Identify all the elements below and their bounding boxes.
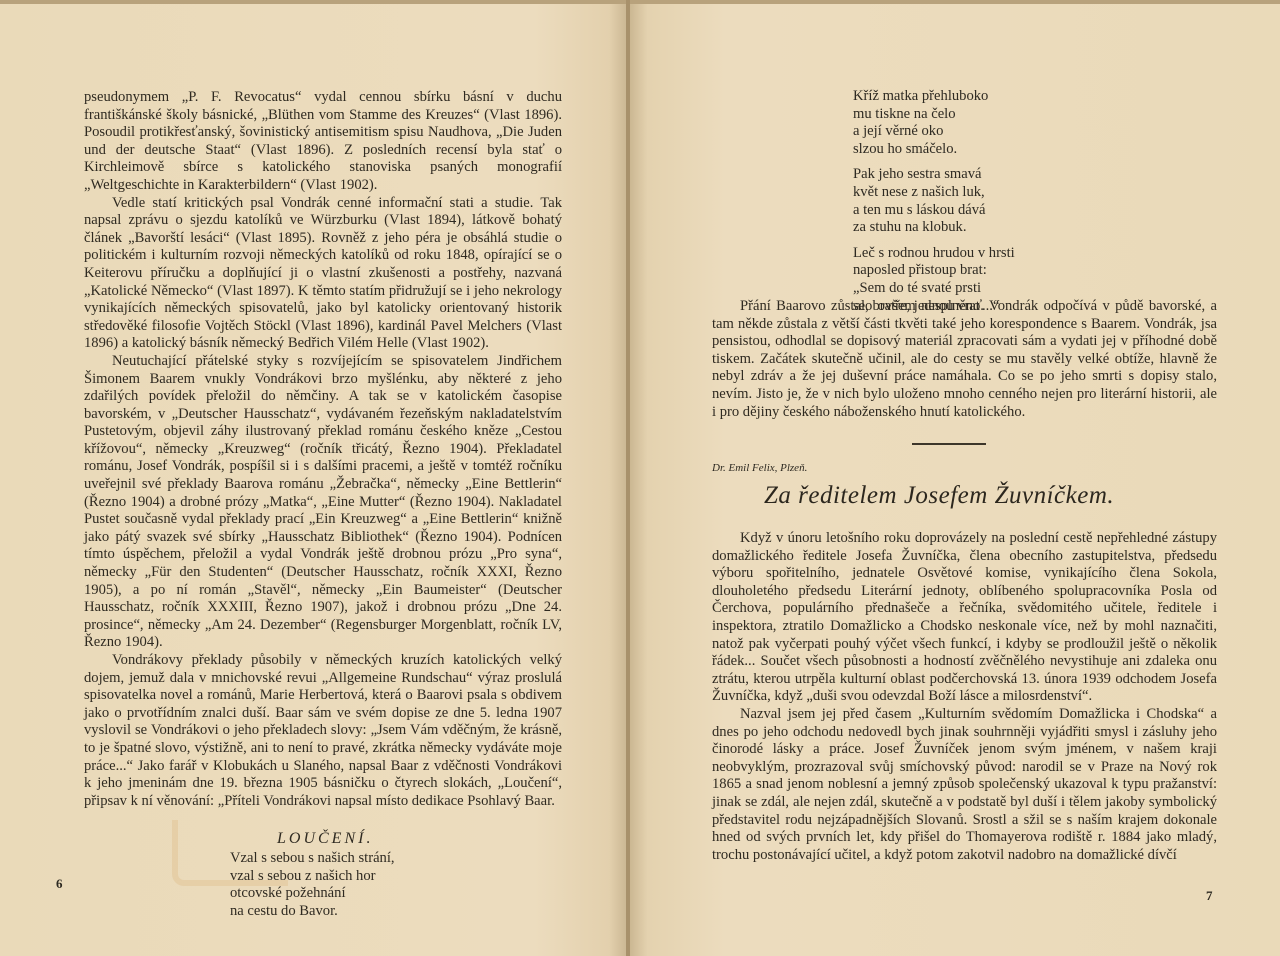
page-top-edge — [628, 0, 1280, 4]
poem-line: mu tiskne na čelo — [853, 106, 1093, 124]
paragraph: Neutuchající přátelské styky s rozvíjejí… — [84, 353, 562, 652]
article-body: Když v únoru letošního roku doprovázely … — [712, 530, 1217, 864]
paragraph: Nazval jsem jej před časem „Kulturním sv… — [712, 706, 1217, 864]
poem-line: a její věrné oko — [853, 123, 1093, 141]
poem-continued: Kříž matka přehluboko mu tiskne na čelo … — [853, 88, 1093, 323]
article-headline: Za ředitelem Josefem Žuvníčkem. — [764, 482, 1114, 510]
poem-line: Kříž matka přehluboko — [853, 88, 1093, 106]
poem-title: LOUČENÍ. — [277, 830, 562, 848]
poem-line: na cestu do Bavor. — [230, 903, 562, 921]
section-divider — [912, 443, 986, 445]
poem-line: naposled přistoup brat: — [853, 262, 1093, 280]
poem-line: Pak jeho sestra smavá — [853, 166, 1093, 184]
paragraph: Vedle statí kritických psal Vondrák cenn… — [84, 195, 562, 353]
page-number: 7 — [1206, 888, 1213, 904]
poem-line: květ nese z našich luk, — [853, 184, 1093, 202]
poem-line: Leč s rodnou hrudou v hrsti — [853, 245, 1093, 263]
poem-line: vzal s sebou z našich hor — [230, 868, 562, 886]
paragraph: Když v únoru letošního roku doprovázely … — [712, 530, 1217, 706]
poem-line: „Sem do té svaté prsti — [853, 280, 1093, 298]
book-gutter — [626, 0, 630, 956]
article-byline: Dr. Emil Felix, Plzeň. — [712, 462, 807, 474]
poem-line: slzou ho smáčelo. — [853, 141, 1093, 159]
poem-line: Vzal s sebou s našich strání, — [230, 850, 562, 868]
paragraph: Přání Baarovo zůstalo ovšem nesplněno. V… — [712, 298, 1217, 421]
left-page-body: pseudonymem „P. F. Revocatus“ vydal cenn… — [84, 89, 562, 920]
poem-line: otcovské požehnání — [230, 885, 562, 903]
paragraph: pseudonymem „P. F. Revocatus“ vydal cenn… — [84, 89, 562, 195]
poem-stanza: Pak jeho sestra smavá květ nese z našich… — [853, 166, 1093, 236]
paragraph: Vondrákovy překlady působily v německých… — [84, 652, 562, 810]
page-number: 6 — [56, 876, 63, 892]
left-page: pseudonymem „P. F. Revocatus“ vydal cenn… — [0, 0, 628, 956]
poem-stanza: Vzal s sebou s našich strání, vzal s seb… — [230, 850, 562, 920]
poem-line: za stuhu na klobuk. — [853, 219, 1093, 237]
poem-stanza: Kříž matka přehluboko mu tiskne na čelo … — [853, 88, 1093, 158]
page-top-edge — [0, 0, 628, 4]
closing-paragraph-block: Přání Baarovo zůstalo ovšem nesplněno. V… — [712, 298, 1217, 421]
poem-line: a ten mu s láskou dává — [853, 202, 1093, 220]
